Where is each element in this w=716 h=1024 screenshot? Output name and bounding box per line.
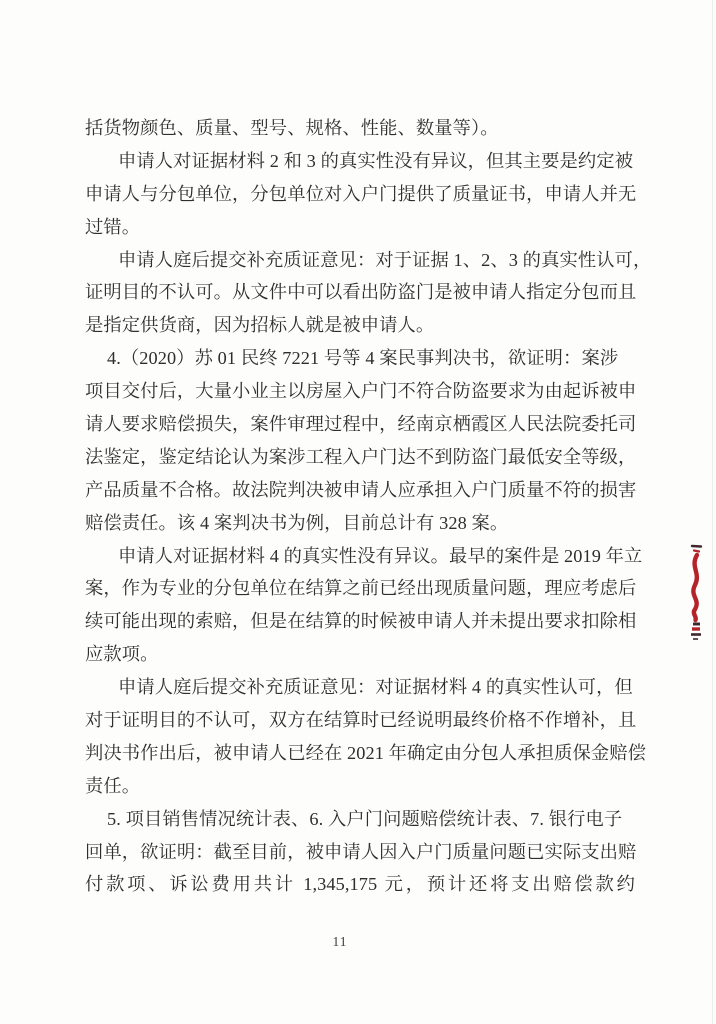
text-line: 项目交付后，大量小业主以房屋入户门不符合防盗要求为由起诉被申 bbox=[85, 375, 635, 408]
text-line: 5. 项目销售情况统计表、6. 入户门问题赔偿统计表、7. 银行电子 bbox=[85, 803, 635, 836]
scan-edge-artifact bbox=[712, 0, 713, 1024]
text-line: 请人要求赔偿损失，案件审理过程中，经南京栖霞区人民法院委托司 bbox=[85, 408, 635, 441]
text-line: 判决书作出后，被申请人已经在 2021 年确定由分包人承担质保金赔偿 bbox=[85, 737, 635, 770]
document-page: 括货物颜色、质量、型号、规格、性能、数量等）。申请人对证据材料 2 和 3 的真… bbox=[0, 0, 716, 1024]
text-line: 申请人庭后提交补充质证意见：对于证据 1、2、3 的真实性认可， bbox=[85, 244, 635, 277]
text-line: 申请人庭后提交补充质证意见：对证据材料 4 的真实性认可，但 bbox=[85, 671, 635, 704]
text-line: 括货物颜色、质量、型号、规格、性能、数量等）。 bbox=[85, 112, 635, 145]
text-line: 法鉴定，鉴定结论认为案涉工程入户门达不到防盗门最低安全等级， bbox=[85, 441, 635, 474]
text-line: 申请人与分包单位，分包单位对入户门提供了质量证书，申请人并无 bbox=[85, 178, 635, 211]
red-ink-mark-tick bbox=[694, 551, 699, 552]
text-line: 续可能出现的索赔，但是在结算的时候被申请人并未提出要求扣除相 bbox=[85, 605, 635, 638]
text-line: 产品质量不合格。故法院判决被申请人应承担入户门质量不符的损害 bbox=[85, 474, 635, 507]
text-line: 对于证明目的不认可，双方在结算时已经说明最终价格不作增补，且 bbox=[85, 704, 635, 737]
text-line: 是指定供货商，因为招标人就是被申请人。 bbox=[85, 309, 635, 342]
red-ink-mark-dash bbox=[692, 546, 701, 547]
text-line: 过错。 bbox=[85, 211, 635, 244]
text-line: 赔偿责任。该 4 案判决书为例，目前总计有 328 案。 bbox=[85, 507, 635, 540]
red-ink-mark bbox=[684, 543, 708, 643]
document-body: 括货物颜色、质量、型号、规格、性能、数量等）。申请人对证据材料 2 和 3 的真… bbox=[85, 112, 635, 901]
text-line: 案，作为专业的分包单位在结算之前已经出现质量问题，理应考虑后 bbox=[85, 572, 635, 605]
text-line: 4.（2020）苏 01 民终 7221 号等 4 案民事判决书，欲证明：案涉 bbox=[85, 342, 635, 375]
text-line: 申请人对证据材料 2 和 3 的真实性没有异议，但其主要是约定被 bbox=[85, 145, 635, 178]
text-line: 申请人对证据材料 4 的真实性没有异议。最早的案件是 2019 年立 bbox=[85, 540, 635, 573]
text-line: 证明目的不认可。从文件中可以看出防盗门是被申请人指定分包而且 bbox=[85, 276, 635, 309]
page-number: 11 bbox=[0, 934, 680, 950]
text-line: 应款项。 bbox=[85, 638, 635, 671]
text-line: 责任。 bbox=[85, 770, 635, 803]
red-ink-mark-squiggle bbox=[693, 555, 697, 620]
text-line: 回单，欲证明：截至目前，被申请人因入户门质量问题已实际支出赔 bbox=[85, 836, 635, 869]
text-line: 付款项、诉讼费用共计 1,345,175 元，预计还将支出赔偿款约 bbox=[85, 868, 635, 901]
